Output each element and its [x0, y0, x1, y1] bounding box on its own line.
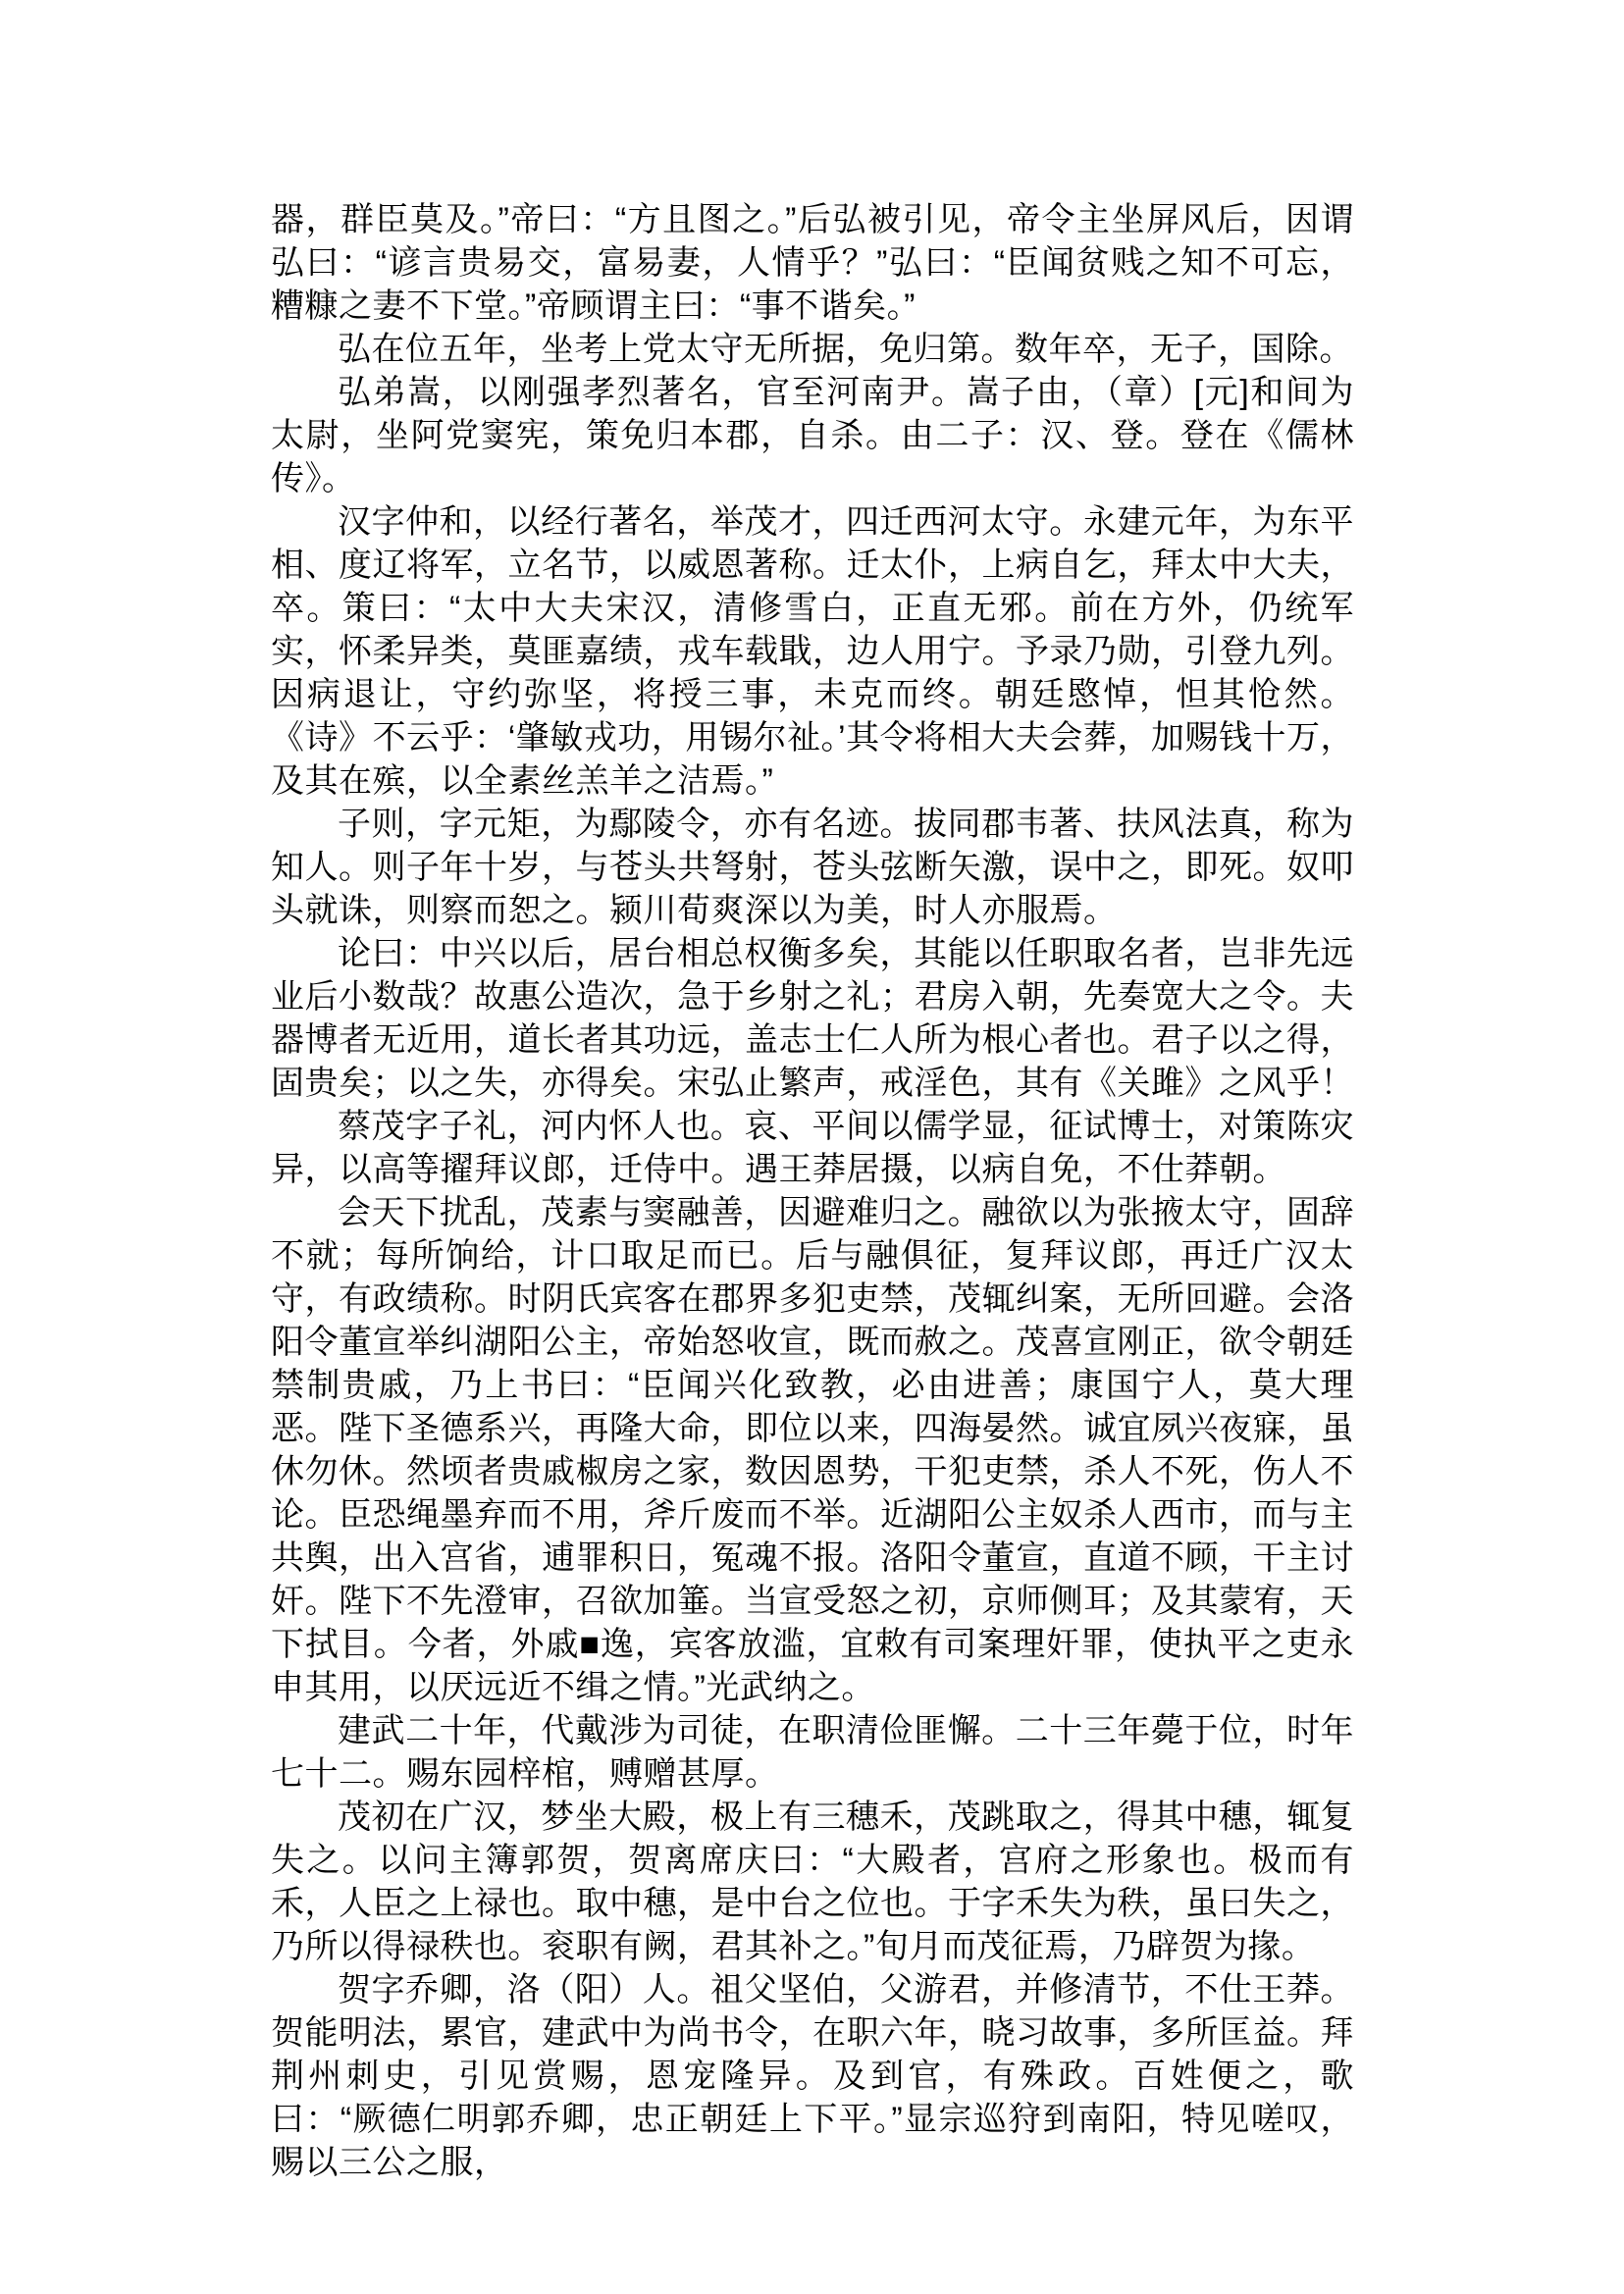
- text-paragraph: 建武二十年，代戴涉为司徒，在职清俭匪懈。二十三年薨于位，时年七十二。赐东园梓棺，…: [271, 1709, 1354, 1796]
- document-page: 器，群臣莫及。”帝曰：“方且图之。”后弘被引见，帝令主坐屏风后，因谓弘曰：“谚言…: [0, 0, 1624, 2294]
- text-paragraph: 贺字乔卿，洛（阳）人。祖父坚伯，父游君，并修清节，不仕王莽。贺能明法，累官，建武…: [271, 1968, 1354, 2184]
- text-paragraph: 茂初在广汉，梦坐大殿，极上有三穗禾，茂跳取之，得其中穗，辄复失之。以问主簿郭贺，…: [271, 1796, 1354, 1968]
- text-paragraph: 弘在位五年，坐考上党太守无所据，免归第。数年卒，无子，国除。: [271, 328, 1354, 371]
- text-paragraph: 蔡茂字子礼，河内怀人也。哀、平间以儒学显，征试博士，对策陈灾异，以高等擢拜议郎，…: [271, 1105, 1354, 1191]
- text-paragraph: 汉字仲和，以经行著名，举茂才，四迁西河太守。永建元年，为东平相、度辽将军，立名节…: [271, 500, 1354, 803]
- text-paragraph: 会天下扰乱，茂素与窦融善，因避难归之。融欲以为张掖太守，固辞不就；每所饷给，计口…: [271, 1191, 1354, 1709]
- text-paragraph: 子则，字元矩，为鄢陵令，亦有名迹。拔同郡韦著、扶风法真，称为知人。则子年十岁，与…: [271, 803, 1354, 932]
- text-paragraph: 论曰：中兴以后，居台相总权衡多矣，其能以任职取名者，岂非先远业后小数哉？故惠公造…: [271, 932, 1354, 1105]
- text-block: 器，群臣莫及。”帝曰：“方且图之。”后弘被引见，帝令主坐屏风后，因谓弘曰：“谚言…: [271, 198, 1354, 2184]
- text-paragraph: 弘弟嵩，以刚强孝烈著名，官至河南尹。嵩子由，（章）[元]和间为太尉，坐阿党窦宪，…: [271, 371, 1354, 500]
- text-paragraph: 器，群臣莫及。”帝曰：“方且图之。”后弘被引见，帝令主坐屏风后，因谓弘曰：“谚言…: [271, 198, 1354, 328]
